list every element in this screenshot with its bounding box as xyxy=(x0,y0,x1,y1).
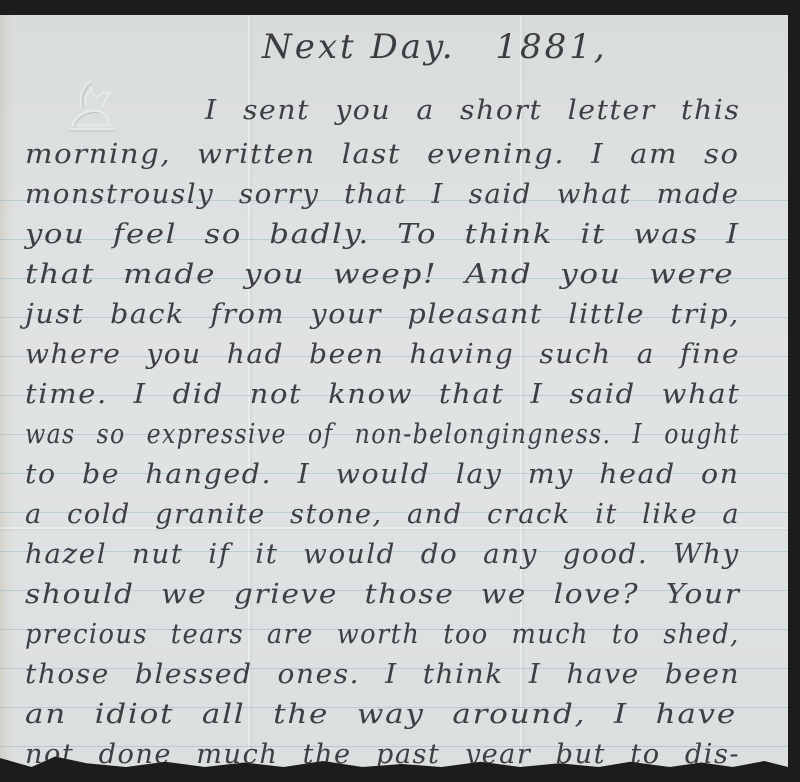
letter-line: to be hanged. I would lay my head on xyxy=(25,459,740,490)
letter-line: precious tears are worth too much to she… xyxy=(25,619,740,650)
letter-heading: Next Day. 1881, xyxy=(262,27,634,67)
letter-line: should we grieve those we love? Your xyxy=(25,579,741,610)
letter-line: morning, written last evening. I am so xyxy=(25,139,740,170)
letter-line: those blessed ones. I think I have been xyxy=(25,659,740,690)
letter-line: a cold granite stone, and crack it like … xyxy=(25,499,740,530)
letter-line: I sent you a short letter this xyxy=(205,95,740,126)
letter-line: where you had been having such a fine xyxy=(25,339,740,370)
scan-background: Next Day. 1881, I sent you a short lette… xyxy=(0,0,800,782)
letter-line: just back from your pleasant little trip… xyxy=(25,299,740,330)
letter-line: time. I did not know that I said what xyxy=(25,379,741,410)
letter-line: not done much the past year but to dis- xyxy=(25,739,740,767)
letter-line: was so expressive of non-belongingness. … xyxy=(25,419,740,450)
letter-line: hazel nut if it would do any good. Why xyxy=(25,539,740,570)
heading-day: Next Day. xyxy=(262,27,456,67)
letter-line: that made you weep! And you were xyxy=(25,259,734,290)
letter-page: Next Day. 1881, I sent you a short lette… xyxy=(0,15,788,767)
winged-creature-crest-icon xyxy=(62,77,122,137)
letter-line: an idiot all the way around, I have xyxy=(25,699,737,730)
heading-year: 1881, xyxy=(495,27,607,67)
letter-line: monstrously sorry that I said what made xyxy=(25,179,740,210)
letter-line: you feel so badly. To think it was I xyxy=(25,219,740,250)
